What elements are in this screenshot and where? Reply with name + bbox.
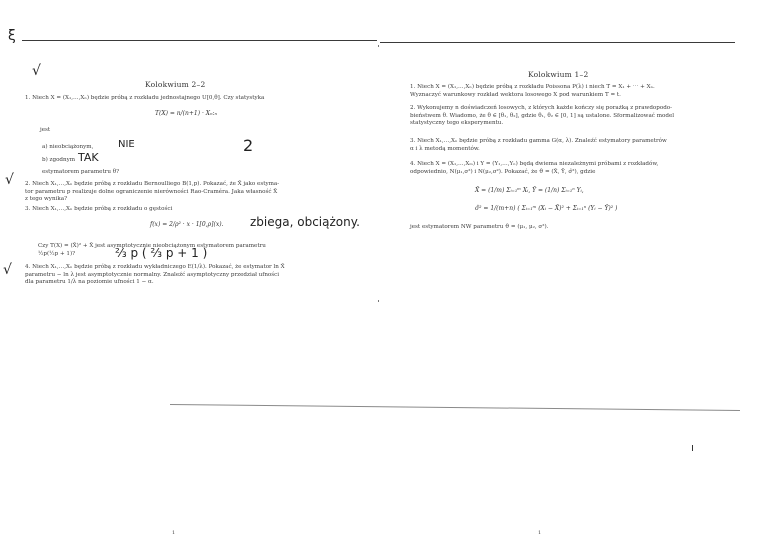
problem-text: ½p(½p + 1)? — [38, 251, 75, 257]
problem-text: statystyczny tego eksperymentu. — [410, 120, 503, 126]
page-title: Kolokwium 2–2 — [145, 80, 205, 89]
problem-4: 4. Niech X = (X₁,…,Xₘ) i Y = (Y₁,…,Yₙ) b… — [410, 161, 750, 176]
page-number: 1 — [538, 530, 541, 536]
formula: T(X) = n/(n+1) · Xₙ:ₙ — [155, 110, 217, 117]
handwritten-answer: NIE — [118, 139, 135, 150]
problem-text: Niech X = (X₁,…,Xₙ) będzie próbą z rozkł… — [32, 95, 264, 101]
left-page: ξ √ Kolokwium 2–2 1. Niech X = (X₁,…,Xₙ)… — [0, 0, 380, 551]
problem-2: 2. Wykonujemy n doświadczeń losowych, z … — [410, 105, 750, 128]
handwritten-answer: TAK — [78, 151, 99, 164]
problem-text: bieństwem θ. Wiadomo, że θ ∈ [θ₁, θ₂], g… — [410, 113, 674, 119]
problem-number: 4. — [25, 264, 30, 270]
problem-text: Wykonujemy n doświadczeń losowych, z któ… — [417, 105, 672, 111]
scan-speck — [378, 45, 379, 47]
top-rule — [22, 40, 377, 41]
problem-number: 3. — [25, 206, 30, 212]
problem-text: α i λ metodą momentów. — [410, 146, 480, 152]
problem-text: Niech X₁,…,Xₙ będzie próbą z rozkładu o … — [32, 206, 172, 212]
formula: X̄ = (1/m) Σᵢ₌₁ᵐ Xᵢ, Ȳ = (1/n) Σᵢ₌₁ⁿ Yᵢ, — [475, 187, 584, 194]
page-title: Kolokwium 1–2 — [528, 70, 588, 79]
handwritten-scribble: ξ — [8, 28, 16, 44]
problem-text: estymatorem parametru θ? — [42, 169, 119, 177]
problem-text: parametru − ln λ jest asymptotycznie nor… — [25, 272, 279, 278]
problem-number: 2. — [25, 181, 30, 187]
scan-speck — [378, 300, 379, 302]
problem-text: Wyznaczyć warunkowy rozkład wektora loso… — [410, 92, 621, 98]
checkmark-icon: √ — [3, 262, 12, 278]
problem-text: Niech X₁,…,Xₙ będzie próbą z rozkładu Be… — [32, 181, 279, 187]
problem-number: 1. — [25, 95, 30, 101]
page-number: 1 — [172, 530, 175, 536]
scan-speck — [692, 445, 693, 451]
problem-text: jest estymatorem NW parametru ϑ = (μ₁, μ… — [410, 224, 548, 232]
problem-number: 3. — [410, 138, 415, 144]
formula: f(x) = 2/ρ² · x · 1[0,ρ](x). — [150, 221, 223, 228]
problem-text: Niech X₁,…,Xₙ będzie próbą z rozkładu ga… — [417, 138, 667, 144]
right-page: Kolokwium 1–2 1. Niech X = (X₁,…,Xₙ) będ… — [380, 0, 760, 551]
problem-text: Niech X₁,…,Xₙ będzie próbą z rozkładu wy… — [32, 264, 285, 270]
problem-1: 1. Niech X = (X₁,…,Xₙ) będzie próbą z ro… — [25, 95, 375, 103]
handwritten-formula: ⅔ p ( ⅔ p + 1 ) — [115, 246, 207, 260]
problem-number: 4. — [410, 161, 415, 167]
problem-text: dla parametru 1/λ na poziomie ufności 1 … — [25, 279, 154, 285]
checkmark-icon: √ — [32, 63, 41, 79]
top-rule — [380, 42, 735, 43]
problem-text: jest — [40, 127, 50, 135]
problem-text: odpowiednio, N(μ₁,σ²) i N(μ₂,σ²). Pokaza… — [410, 169, 595, 175]
checkmark-icon: √ — [5, 172, 14, 188]
problem-text: tor parametru p realizuje dolne ogranicz… — [25, 189, 277, 195]
formula: σ̂² = 1/(m+n) ( Σᵢ₌₁ᵐ (Xᵢ − X̄)² + Σᵢ₌₁ⁿ… — [475, 205, 617, 212]
handwritten-note: zbiega, obciążony. — [250, 215, 360, 229]
problem-2: 2. Niech X₁,…,Xₙ będzie próbą z rozkładu… — [25, 181, 375, 204]
problem-text: Niech X = (X₁,…,Xₙ) będzie próbą z rozkł… — [417, 84, 655, 90]
problem-text: Niech X = (X₁,…,Xₘ) i Y = (Y₁,…,Yₙ) będą… — [417, 161, 658, 167]
option-b: b) zgodnym — [42, 157, 75, 165]
problem-text: z tego wynika? — [25, 196, 67, 202]
problem-1: 1. Niech X = (X₁,…,Xₙ) będzie próbą z ro… — [410, 84, 750, 99]
handwritten-mark: 2 — [243, 136, 253, 155]
problem-3: 3. Niech X₁,…,Xₙ będzie próbą z rozkładu… — [410, 138, 750, 153]
problem-3: 3. Niech X₁,…,Xₙ będzie próbą z rozkładu… — [25, 206, 375, 214]
problem-4: 4. Niech X₁,…,Xₙ będzie próbą z rozkładu… — [25, 264, 375, 287]
problem-number: 2. — [410, 105, 415, 111]
problem-number: 1. — [410, 84, 415, 90]
